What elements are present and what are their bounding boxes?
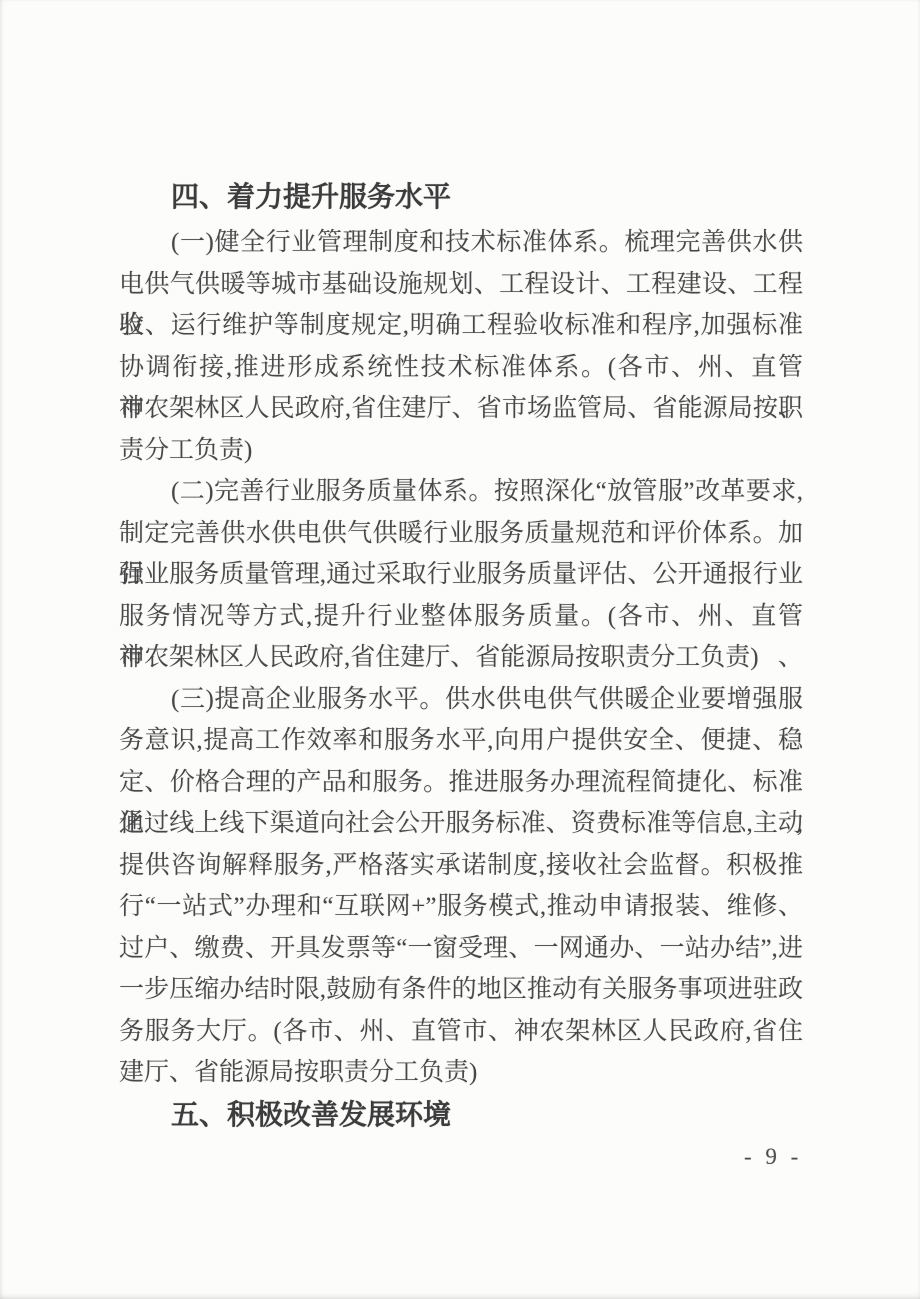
text-line: 行业服务质量管理,通过采取行业服务质量评估、公开通报行业 — [119, 554, 803, 596]
scanned-document-page: 四、着力提升服务水平 (一)健全行业管理制度和技术标准体系。梳理完善供水供 电供… — [0, 0, 920, 1299]
text-line: 务服务大厅。(各市、州、直管市、神农架林区人民政府,省住 — [119, 1011, 803, 1053]
text-line: 务意识,提高工作效率和服务水平,向用户提供安全、便捷、稳 — [119, 720, 803, 762]
text-line: 服务情况等方式,提升行业整体服务质量。(各市、州、直管市、 — [119, 596, 803, 638]
text-line: 制定完善供水供电供气供暖行业服务质量规范和评价体系。加强 — [119, 513, 803, 555]
text-line: 过户、缴费、开具发票等“一窗受理、一网通办、一站办结”,进 — [119, 928, 803, 970]
text-line: 神农架林区人民政府,省住建厅、省能源局按职责分工负责) — [119, 637, 803, 679]
section-heading-4: 四、着力提升服务水平 — [119, 176, 803, 222]
text-line: (一)健全行业管理制度和技术标准体系。梳理完善供水供 — [119, 222, 803, 264]
text-line: 协调衔接,推进形成系统性技术标准体系。(各市、州、直管市、 — [119, 347, 803, 389]
text-line: 神农架林区人民政府,省住建厅、省市场监管局、省能源局按职 — [119, 388, 803, 430]
text-line: 提供咨询解释服务,严格落实承诺制度,接收社会监督。积极推 — [119, 845, 803, 887]
section-heading-5: 五、积极改善发展环境 — [119, 1094, 803, 1136]
text-line: 定、价格合理的产品和服务。推进服务办理流程简捷化、标准化, — [119, 762, 803, 804]
text-line: (二)完善行业服务质量体系。按照深化“放管服”改革要求, — [119, 471, 803, 513]
text-line: 通过线上线下渠道向社会公开服务标准、资费标准等信息,主动 — [119, 803, 803, 845]
text-line: 收、运行维护等制度规定,明确工程验收标准和程序,加强标准 — [119, 305, 803, 347]
text-line: 行“一站式”办理和“互联网+”服务模式,推动申请报装、维修、 — [119, 886, 803, 928]
text-line: 一步压缩办结时限,鼓励有条件的地区推动有关服务事项进驻政 — [119, 969, 803, 1011]
text-line: 电供气供暖等城市基础设施规划、工程设计、工程建设、工程验 — [119, 264, 803, 306]
text-line: 责分工负责) — [119, 430, 803, 472]
page-number: - 9 - — [744, 1144, 802, 1170]
document-content: 四、着力提升服务水平 (一)健全行业管理制度和技术标准体系。梳理完善供水供 电供… — [119, 176, 803, 1135]
text-line: (三)提高企业服务水平。供水供电供气供暖企业要增强服 — [119, 679, 803, 721]
text-line: 建厅、省能源局按职责分工负责) — [119, 1052, 803, 1094]
